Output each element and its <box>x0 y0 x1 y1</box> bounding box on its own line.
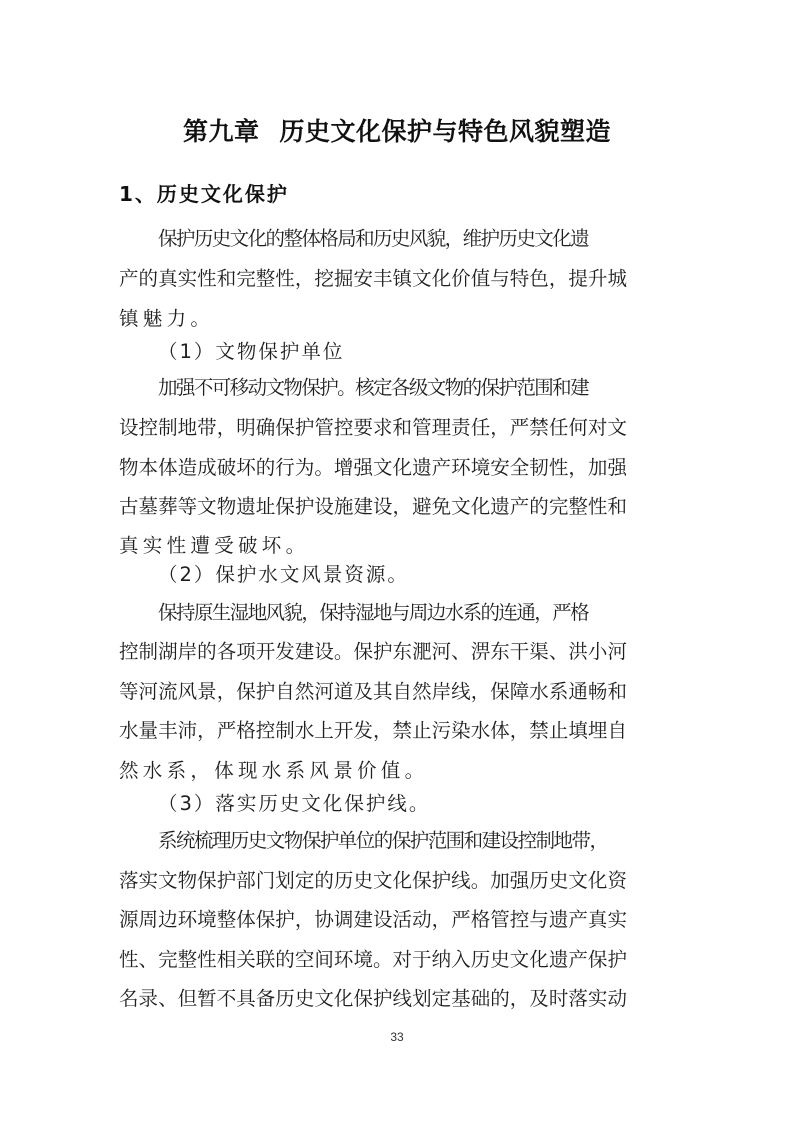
paragraph-line: 性、完整性相关联的空间环境。对于纳入历史文化遗产保护 <box>119 945 679 975</box>
paragraph-line: 物本体造成破坏的行为。增强文化遗产环境安全韧性，加强 <box>119 453 679 483</box>
paragraph-line: 镇魅力。 <box>119 304 679 334</box>
subsection-heading: （2）保护水文风景资源。 <box>158 560 718 590</box>
paragraph-line: 产的真实性和完整性，挖掘安丰镇文化价值与特色，提升城 <box>119 264 679 294</box>
chapter-title: 第九章历史文化保护与特色风貌塑造 <box>0 112 794 148</box>
chapter-number: 第九章 <box>183 117 260 146</box>
paragraph-line: 控制湖岸的各项开发建设。保护东淝河、淠东干渠、洪小河 <box>119 637 679 667</box>
paragraph-line: 源周边环境整体保护，协调建设活动，严格管控与遗产真实 <box>119 905 679 935</box>
paragraph-line: 保护历史文化的整体格局和历史风貌，维护历史文化遗 <box>158 224 718 254</box>
paragraph-line: 然水系，体现水系风景价值。 <box>119 756 679 786</box>
paragraph-line: 名录、但暂不具备历史文化保护线划定基础的，及时落实动 <box>119 984 679 1014</box>
subsection-heading: （1）文物保护单位 <box>158 337 718 367</box>
paragraph-line: 真实性遭受破坏。 <box>119 531 679 561</box>
section-heading: 1、历史文化保护 <box>119 178 289 207</box>
paragraph-line: 古墓葬等文物遗址保护设施建设，避免文化遗产的完整性和 <box>119 492 679 522</box>
paragraph-line: 水量丰沛，严格控制水上开发，禁止污染水体，禁止填埋自 <box>119 716 679 746</box>
document-page: 第九章历史文化保护与特色风貌塑造 1、历史文化保护 保护历史文化的整体格局和历史… <box>0 0 794 1122</box>
chapter-name: 历史文化保护与特色风貌塑造 <box>280 117 612 146</box>
paragraph-line: 落实文物保护部门划定的历史文化保护线。加强历史文化资 <box>119 866 679 896</box>
paragraph-line: 加强不可移动文物保护。核定各级文物的保护范围和建 <box>158 373 718 403</box>
paragraph-line: 系统梳理历史文物保护单位的保护范围和建设控制地带， <box>158 826 718 856</box>
page-number: 33 <box>0 1030 794 1044</box>
subsection-heading: （3）落实历史文化保护线。 <box>158 789 718 819</box>
paragraph-line: 保持原生湿地风貌，保持湿地与周边水系的连通，严格 <box>158 598 718 628</box>
paragraph-line: 设控制地带，明确保护管控要求和管理责任，严禁任何对文 <box>119 413 679 443</box>
paragraph-line: 等河流风景，保护自然河道及其自然岸线，保障水系通畅和 <box>119 677 679 707</box>
